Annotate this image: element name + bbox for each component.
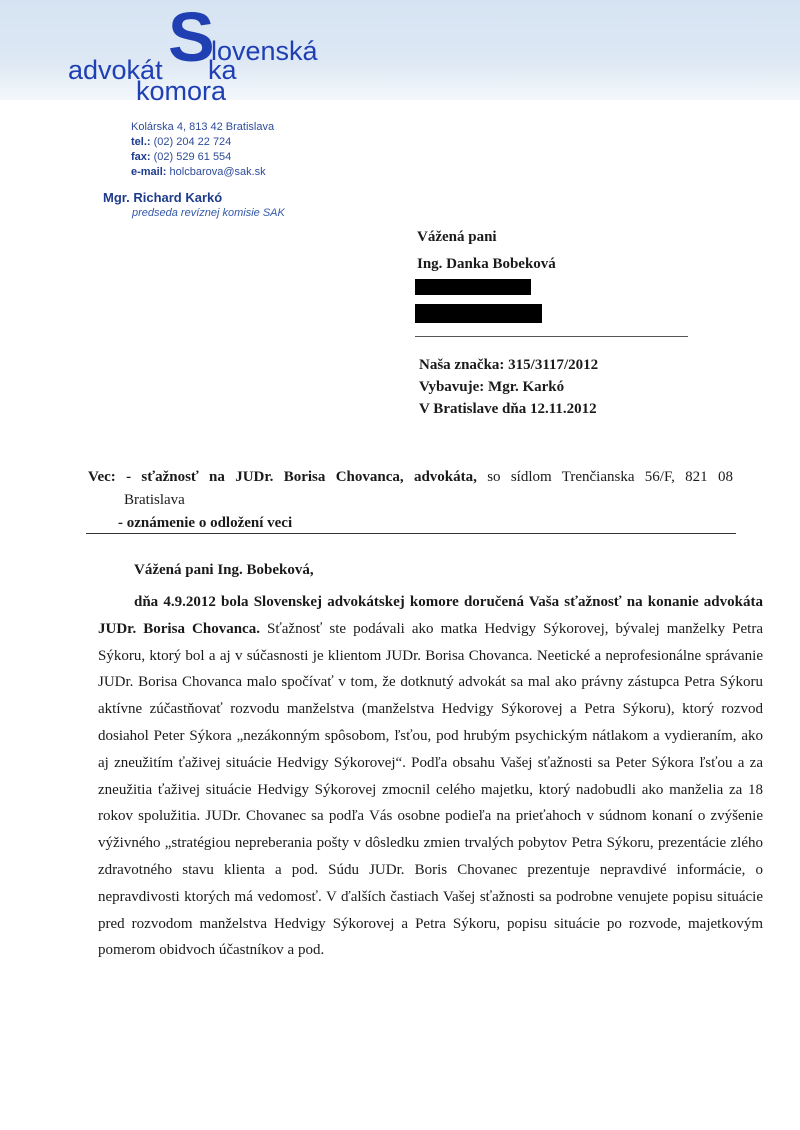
letter-body: dňa 4.9.2012 bola Slovenskej advokátskej… bbox=[98, 589, 763, 964]
subject-line-1: Vec: - sťažnosť na JUDr. Borisa Chovanca… bbox=[88, 466, 733, 489]
letter-salutation: Vážená pani Ing. Bobeková, bbox=[134, 562, 314, 579]
redacted-address-line-1 bbox=[415, 279, 531, 295]
logo-paragraph-s-mark: S bbox=[168, 2, 213, 72]
signer-role: predseda revíznej komisie SAK bbox=[132, 206, 285, 221]
signer-block: Mgr. Richard Karkó predseda revíznej kom… bbox=[103, 190, 285, 221]
phone-line: tel.: (02) 204 22 724 bbox=[131, 135, 274, 150]
fax-number: (02) 529 61 554 bbox=[154, 151, 232, 163]
subject-divider bbox=[86, 533, 736, 534]
email-label: e-mail: bbox=[131, 166, 166, 178]
body-paragraph-1-text: Sťažnosť ste podávali ako matka Hedvigy … bbox=[98, 621, 763, 959]
recipient-name: Ing. Danka Bobeková bbox=[417, 254, 556, 281]
recipient-block: Vážená pani Ing. Danka Bobeková bbox=[417, 227, 556, 281]
fax-label: fax: bbox=[131, 151, 151, 163]
subject-line-2: Bratislava bbox=[88, 489, 733, 512]
handled-by: Vybavuje: Mgr. Karkó bbox=[419, 376, 598, 398]
subject-line-3: - oznámenie o odložení veci bbox=[88, 512, 733, 535]
signer-name: Mgr. Richard Karkó bbox=[103, 190, 285, 206]
subject-label: Vec: bbox=[88, 469, 116, 485]
contact-block: Kolárska 4, 813 42 Bratislava tel.: (02)… bbox=[131, 120, 274, 180]
email-line: e-mail: holcbarova@sak.sk bbox=[131, 165, 274, 180]
phone-number: (02) 204 22 724 bbox=[154, 136, 232, 148]
our-reference: Naša značka: 315/3117/2012 bbox=[419, 354, 598, 376]
phone-label: tel.: bbox=[131, 136, 151, 148]
reference-block: Naša značka: 315/3117/2012 Vybavuje: Mgr… bbox=[419, 354, 598, 420]
subject-party: JUDr. Borisa Chovanca, advokáta, bbox=[235, 469, 477, 485]
place-date: V Bratislave dňa 12.11.2012 bbox=[419, 398, 598, 420]
redacted-address-line-2 bbox=[415, 304, 542, 323]
body-paragraph-1: dňa 4.9.2012 bola Slovenskej advokátskej… bbox=[98, 589, 763, 964]
subject-address: so sídlom Trenčianska 56/F, 821 08 bbox=[477, 469, 733, 485]
subject-block: Vec: - sťažnosť na JUDr. Borisa Chovanca… bbox=[88, 466, 733, 535]
sak-logo: S lovenská advokát ka komora bbox=[68, 2, 328, 102]
recipient-salutation: Vážená pani bbox=[417, 227, 556, 254]
address: Kolárska 4, 813 42 Bratislava bbox=[131, 120, 274, 135]
email-address[interactable]: holcbarova@sak.sk bbox=[170, 166, 266, 178]
recipient-divider bbox=[415, 336, 688, 337]
subject-prefix: - sťažnosť na bbox=[126, 469, 235, 485]
logo-word-komora: komora bbox=[136, 78, 226, 105]
fax-line: fax: (02) 529 61 554 bbox=[131, 150, 274, 165]
